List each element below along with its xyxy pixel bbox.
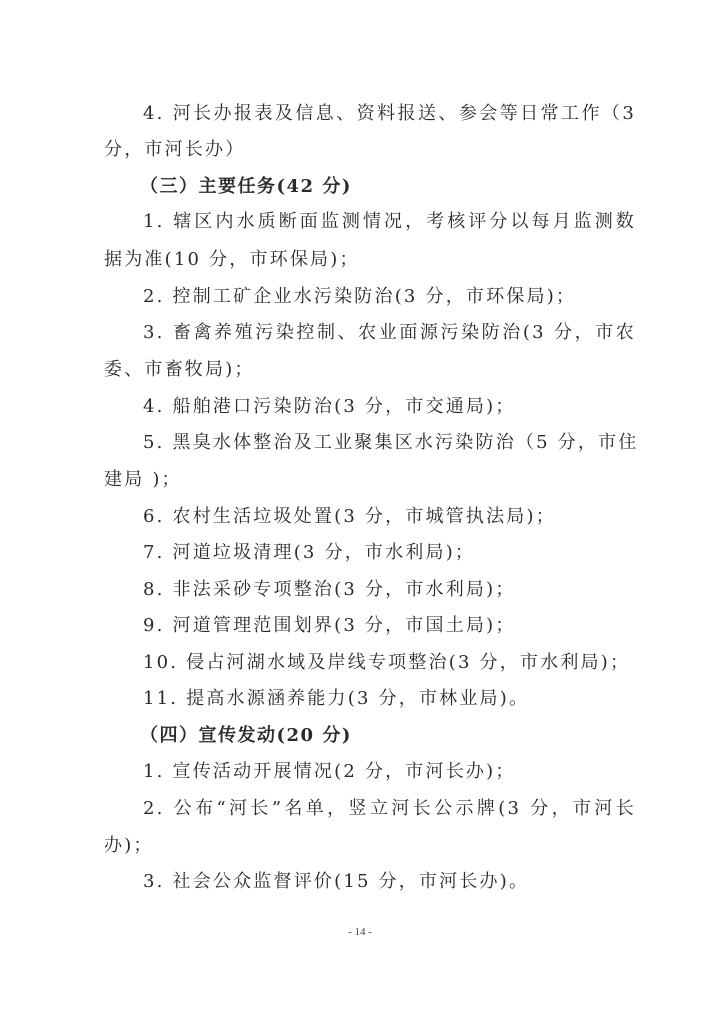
text-line: 委、市畜牧局)； [104,359,604,381]
text-line: 8. 非法采砂专项整治(3 分，市水利局)； [143,579,643,601]
text-line: 2. 控制工矿企业水污染防治(3 分，市环保局)； [143,286,643,308]
text-line: 9. 河道管理范围划界(3 分，市国土局)； [143,615,643,637]
section-heading: （四）宣传发动(20 分) [140,725,640,747]
text-line: 4. 船舶港口污染防治(3 分，市交通局)； [143,396,643,418]
text-line: 分，市河长办） [104,139,604,161]
text-line: 1. 宣传活动开展情况(2 分，市河长办)； [143,761,643,783]
page-number: - 14 - [0,926,720,938]
text-line: 5. 黑臭水体整治及工业聚集区水污染防治（5 分，市住 [143,432,636,454]
text-line: 6. 农村生活垃圾处置(3 分，市城管执法局)； [143,506,643,528]
text-line: 3. 社会公众监督评价(15 分，市河长办)。 [143,871,643,893]
section-heading: （三）主要任务(42 分) [140,176,640,198]
text-line: 1. 辖区内水质断面监测情况，考核评分以每月监测数 [143,211,636,233]
text-line: 办)； [104,835,604,857]
text-line: 据为准(10 分，市环保局)； [104,249,604,271]
text-line: 4. 河长办报表及信息、资料报送、参会等日常工作（3 [143,103,636,125]
text-line: 7. 河道垃圾清理(3 分，市水利局)； [143,542,643,564]
text-line: 2. 公布“河长”名单，竖立河长公示牌(3 分，市河长 [143,798,636,820]
text-line: 建局 )； [104,469,604,491]
text-line: 11. 提高水源涵养能力(3 分，市林业局)。 [143,688,643,710]
text-line: 3. 畜禽养殖污染控制、农业面源污染防治(3 分，市农 [143,322,636,344]
text-line: 10. 侵占河湖水域及岸线专项整治(3 分，市水利局)； [143,652,643,674]
